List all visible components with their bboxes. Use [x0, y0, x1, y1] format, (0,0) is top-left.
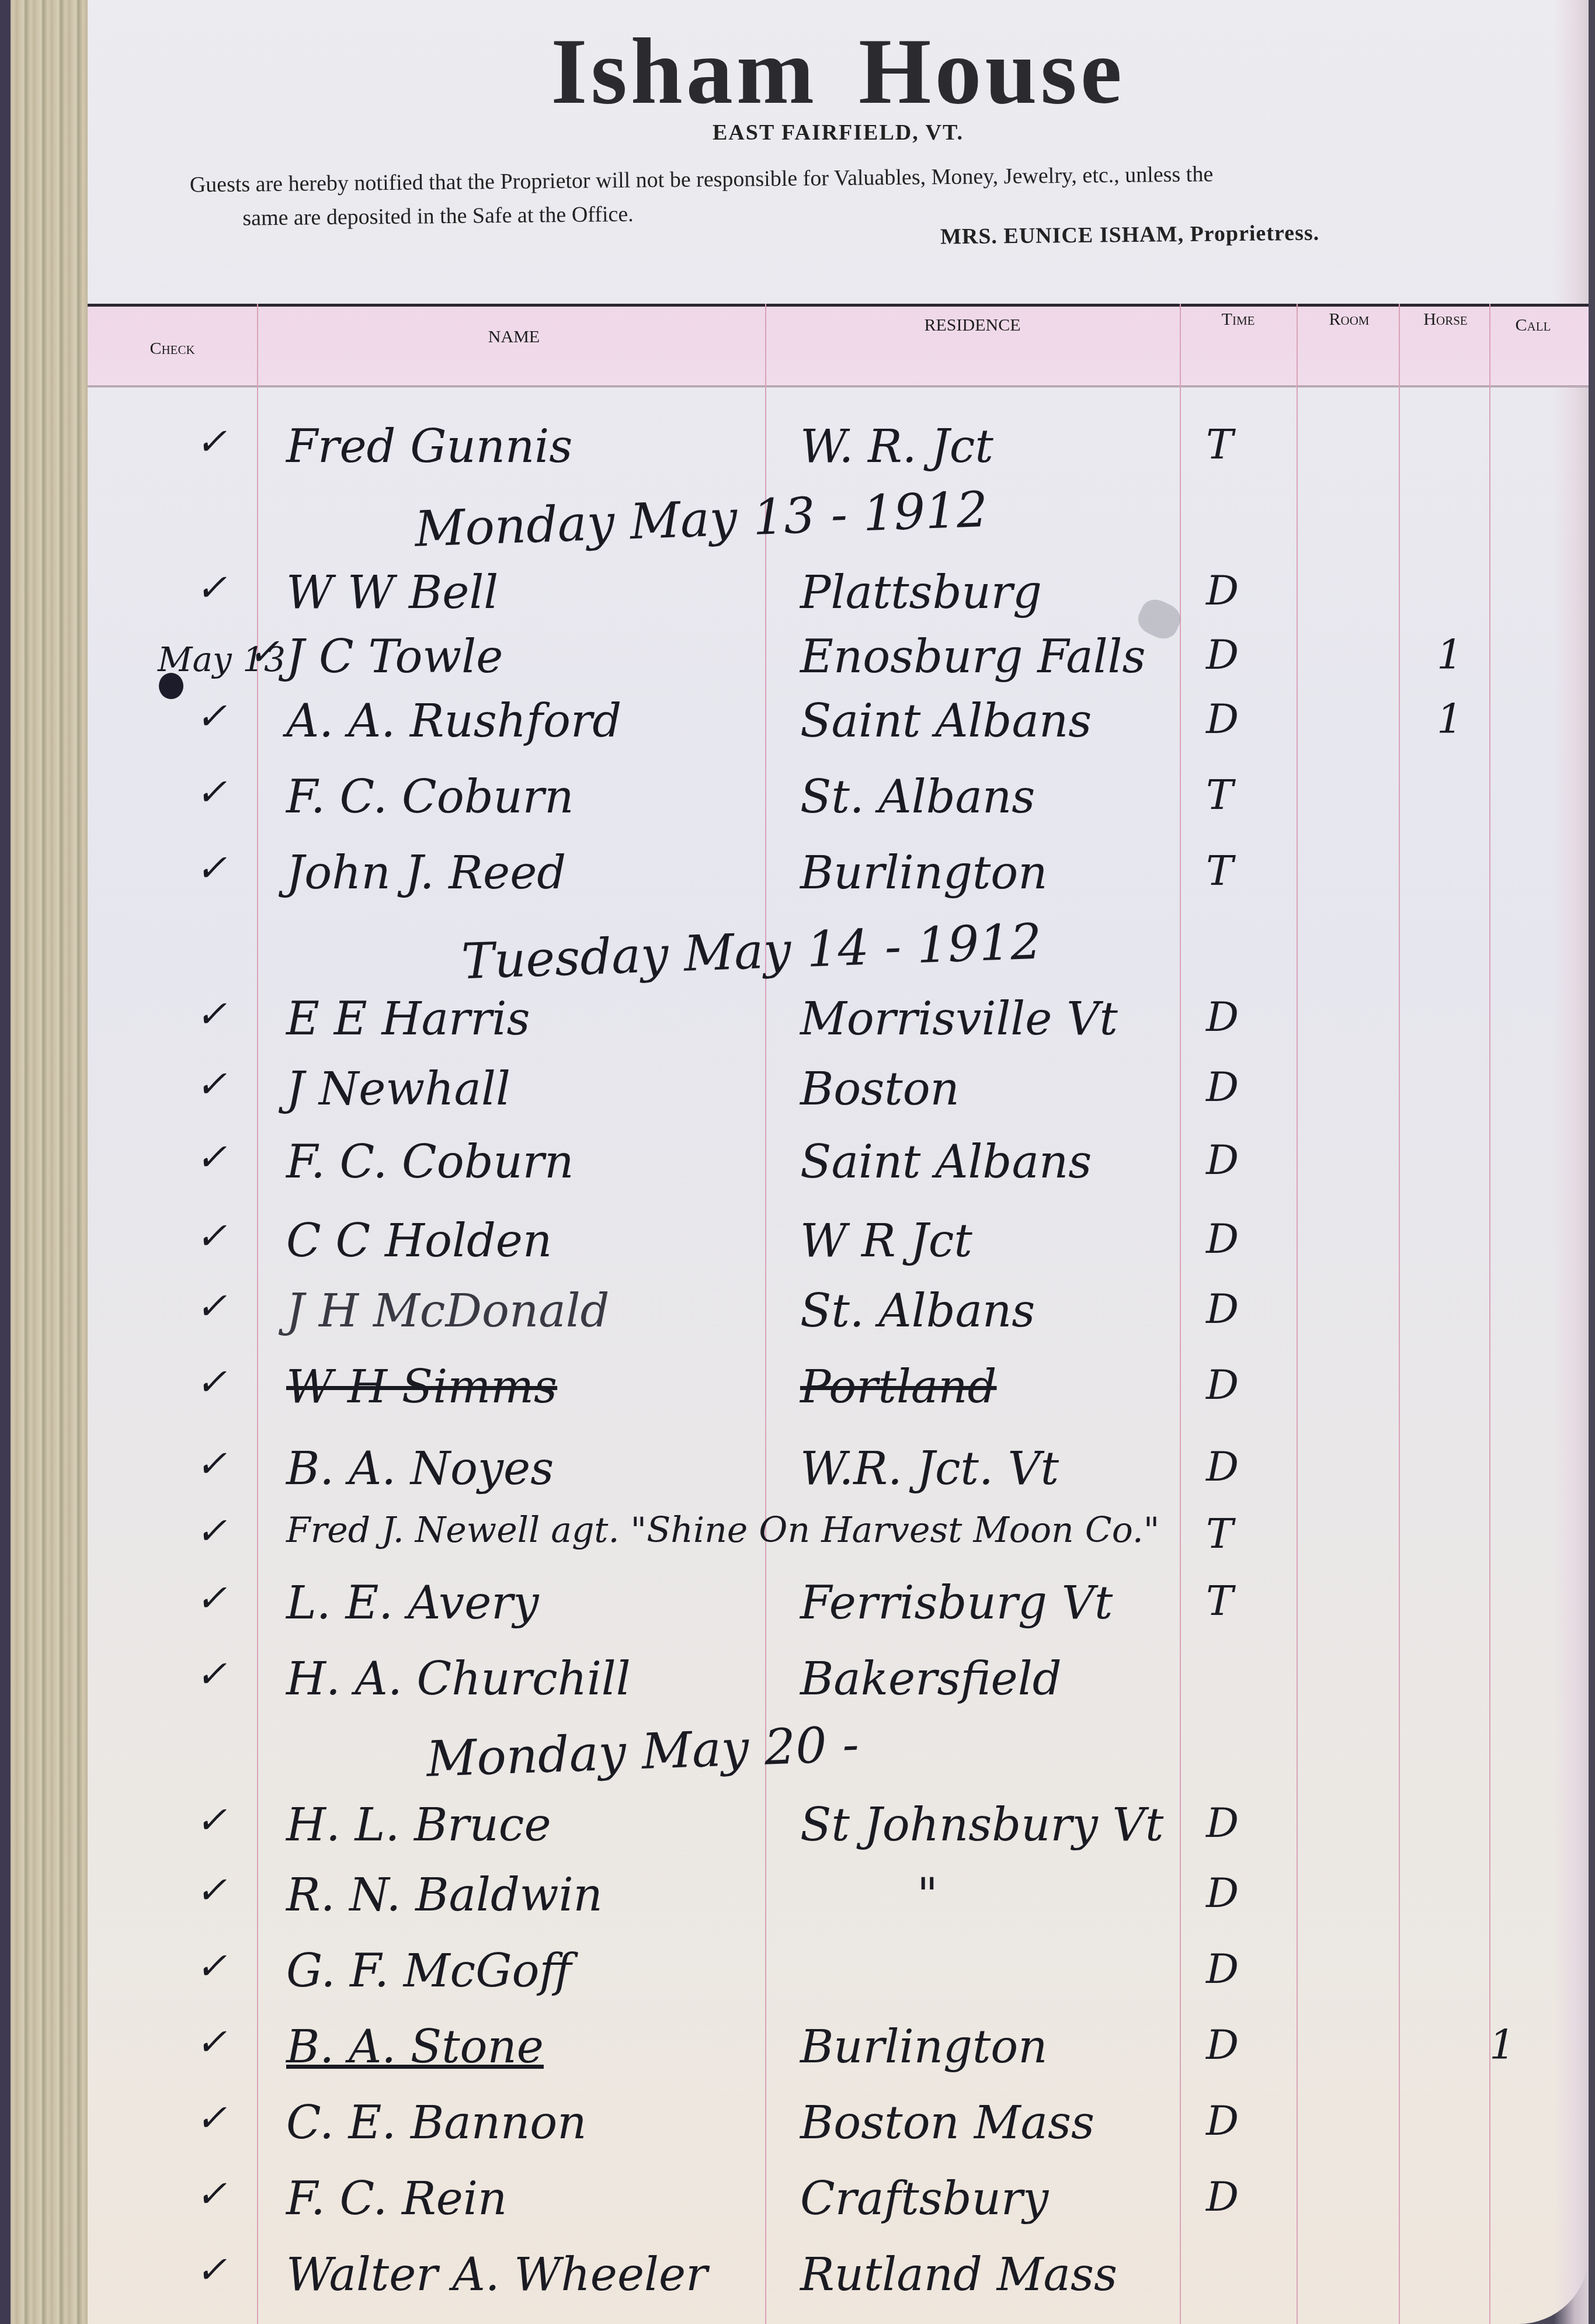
register-row: ✓ H. L. Bruce St Johnsbury Vt D — [88, 1799, 1589, 1869]
guest-horse: 1 — [1437, 695, 1463, 743]
check-mark: ✓ — [196, 1443, 227, 1486]
check-mark: ✓ — [196, 2249, 227, 2292]
guest-time: D — [1206, 567, 1239, 614]
guest-time: D — [1206, 1063, 1239, 1111]
guest-residence: Burlington — [800, 2021, 1047, 2073]
guest-residence: Morrisville Vt — [800, 993, 1118, 1045]
check-mark: ✓ — [196, 1799, 227, 1842]
guest-residence: W R Jct — [800, 1215, 972, 1267]
guest-time: T — [1206, 847, 1233, 895]
guest-time: T — [1206, 771, 1233, 819]
guest-residence: W. R. Jct — [800, 421, 993, 473]
guest-name: H. A. Churchill — [286, 1653, 631, 1705]
guest-time: D — [1206, 631, 1239, 679]
register-row: ✓ E E Harris Morrisville Vt D — [88, 993, 1589, 1063]
check-mark: ✓ — [248, 631, 280, 674]
guest-name: A. A. Rushford — [286, 695, 621, 748]
check-mark: ✓ — [196, 567, 227, 610]
guest-name: E E Harris — [286, 993, 530, 1045]
guest-name: John J. Reed — [286, 847, 566, 899]
guest-residence: Saint Albans — [800, 1136, 1092, 1189]
guest-name: W W Bell — [286, 567, 498, 619]
check-mark: ✓ — [196, 771, 227, 814]
register-row: ✓ W W Bell Plattsburg D — [88, 567, 1589, 637]
guest-residence: W.R. Jct. Vt — [800, 1443, 1059, 1495]
date-heading: Tuesday May 14 - 1912 — [461, 913, 1043, 991]
register-row: ✓ J H McDonald St. Albans D — [88, 1285, 1589, 1355]
guest-name: L. E. Avery — [286, 1577, 539, 1630]
date-heading: Monday May 20 - — [426, 1715, 860, 1788]
guest-residence: Burlington — [800, 847, 1047, 899]
guest-time: D — [1206, 2173, 1239, 2221]
date-heading-row: Tuesday May 14 - 1912 — [88, 923, 1589, 993]
register-row: ✓ B. A. Stone Burlington D 1 — [88, 2021, 1589, 2091]
guest-time: D — [1206, 1869, 1239, 1917]
register-row: ✓ Walter A. Wheeler Rutland Mass — [88, 2249, 1589, 2319]
check-mark: ✓ — [196, 1215, 227, 1258]
check-mark: ✓ — [196, 1361, 227, 1404]
check-mark: ✓ — [196, 1653, 227, 1696]
guest-name: R. N. Baldwin — [286, 1869, 603, 1922]
guest-name: B. A. Stone — [286, 2021, 544, 2073]
check-mark: ✓ — [196, 1063, 227, 1106]
guest-name: J H McDonald — [286, 1285, 610, 1338]
check-mark: ✓ — [196, 2097, 227, 2140]
guest-time: T — [1206, 421, 1233, 468]
guest-time: D — [1206, 1136, 1239, 1184]
register-row: ✓ A. A. Rushford Saint Albans D 1 — [88, 695, 1589, 765]
guest-residence: Enosburg Falls — [800, 631, 1146, 683]
guest-name: C. E. Bannon — [286, 2097, 587, 2149]
register-row: ✓ B. A. Noyes W.R. Jct. Vt D — [88, 1443, 1589, 1513]
guest-residence: Saint Albans — [800, 695, 1092, 748]
register-row: ✓ C. E. Bannon Boston Mass D — [88, 2097, 1589, 2167]
register-entries: ✓ Fred Gunnis W. R. Jct T Monday May 13 … — [88, 0, 1589, 2324]
guest-name: C C Holden — [286, 1215, 552, 1267]
guest-name: Fred J. Newell agt. "Shine On Harvest Mo… — [286, 1510, 1159, 1551]
register-row: ✓ Fred Gunnis W. R. Jct T — [88, 421, 1589, 491]
guest-time: D — [1206, 695, 1239, 743]
check-mark: ✓ — [196, 1945, 227, 1988]
register-row: ✓ Fred J. Newell agt. "Shine On Harvest … — [88, 1510, 1589, 1580]
guest-horse: 1 — [1437, 631, 1463, 679]
register-row: ✓ H. A. Churchill Bakersfield — [88, 1653, 1589, 1723]
check-mark: ✓ — [196, 847, 227, 890]
guest-name: F. C. Coburn — [286, 1136, 574, 1189]
guest-time: D — [1206, 1945, 1239, 1993]
register-row: ✓ G. F. McGoff D — [88, 1945, 1589, 2015]
check-mark: ✓ — [196, 2021, 227, 2064]
guest-residence: St. Albans — [800, 771, 1035, 824]
book-cover-edge — [0, 0, 11, 2324]
date-heading-row: Monday May 20 - — [88, 1723, 1589, 1793]
guest-residence: Rutland Mass — [800, 2249, 1117, 2301]
guest-name: H. L. Bruce — [286, 1799, 551, 1851]
check-mark: ✓ — [196, 1510, 227, 1553]
guest-name: F. C. Coburn — [286, 771, 574, 824]
check-mark: ✓ — [196, 1869, 227, 1912]
date-heading-row: Monday May 13 - 1912 — [88, 491, 1589, 561]
guest-name: Fred Gunnis — [286, 421, 572, 473]
register-row: ✓ J Newhall Boston D — [88, 1063, 1589, 1133]
guest-residence: Bakersfield — [800, 1653, 1062, 1705]
register-row: May 13 ✓ J C Towle Enosburg Falls D 1 — [88, 631, 1589, 701]
guest-time: D — [1206, 1215, 1239, 1263]
guest-time: D — [1206, 1443, 1239, 1491]
guest-time: D — [1206, 1799, 1239, 1847]
guest-name: F. C. Rein — [286, 2173, 507, 2225]
register-page: IshamHouse EAST FAIRFIELD, VT. Guests ar… — [88, 0, 1589, 2324]
guest-time: T — [1206, 1510, 1233, 1558]
register-row: ✓ C C Holden W R Jct D — [88, 1215, 1589, 1285]
check-mark: ✓ — [196, 421, 227, 464]
book-page-edges — [0, 0, 89, 2324]
guest-residence: Portland — [800, 1361, 997, 1413]
guest-name: W H Simms — [286, 1361, 557, 1413]
guest-name: B. A. Noyes — [286, 1443, 554, 1495]
guest-residence: Boston Mass — [800, 2097, 1094, 2149]
register-row: ✓ F. C. Coburn Saint Albans D — [88, 1136, 1589, 1206]
register-row: ✓ John J. Reed Burlington T — [88, 847, 1589, 917]
guest-call: 1 — [1489, 2021, 1516, 2069]
guest-residence: Ferrisburg Vt — [800, 1577, 1113, 1630]
guest-residence: Boston — [800, 1063, 960, 1116]
guest-residence: Craftsbury — [800, 2173, 1048, 2225]
check-mark: ✓ — [196, 993, 227, 1036]
guest-time: D — [1206, 2021, 1239, 2069]
guest-name: J Newhall — [286, 1063, 510, 1116]
register-row: ✓ R. N. Baldwin " D — [88, 1869, 1589, 1939]
guest-time: T — [1206, 1577, 1233, 1625]
check-mark: ✓ — [196, 2173, 227, 2216]
register-row: ✓ W H Simms Portland D — [88, 1361, 1589, 1431]
check-mark: ✓ — [196, 1577, 227, 1620]
guest-time: D — [1206, 993, 1239, 1041]
check-mark: ✓ — [196, 1136, 227, 1179]
check-mark: ✓ — [196, 695, 227, 738]
guest-residence: St. Albans — [800, 1285, 1035, 1338]
guest-time: D — [1206, 1361, 1239, 1409]
guest-name: Walter A. Wheeler — [286, 2249, 707, 2301]
guest-name: J C Towle — [286, 631, 503, 683]
check-mark: ✓ — [196, 1285, 227, 1328]
register-row: ✓ F. C. Coburn St. Albans T — [88, 771, 1589, 841]
guest-name: G. F. McGoff — [286, 1945, 572, 1998]
guest-residence-ditto: " — [917, 1869, 938, 1922]
guest-residence: Plattsburg — [800, 567, 1042, 619]
guest-time: D — [1206, 2097, 1239, 2145]
date-heading: Monday May 13 - 1912 — [414, 481, 989, 558]
guest-time: D — [1206, 1285, 1239, 1333]
register-row: ✓ F. C. Rein Craftsbury D — [88, 2173, 1589, 2243]
register-row: ✓ L. E. Avery Ferrisburg Vt T — [88, 1577, 1589, 1647]
guest-residence: St Johnsbury Vt — [800, 1799, 1163, 1851]
